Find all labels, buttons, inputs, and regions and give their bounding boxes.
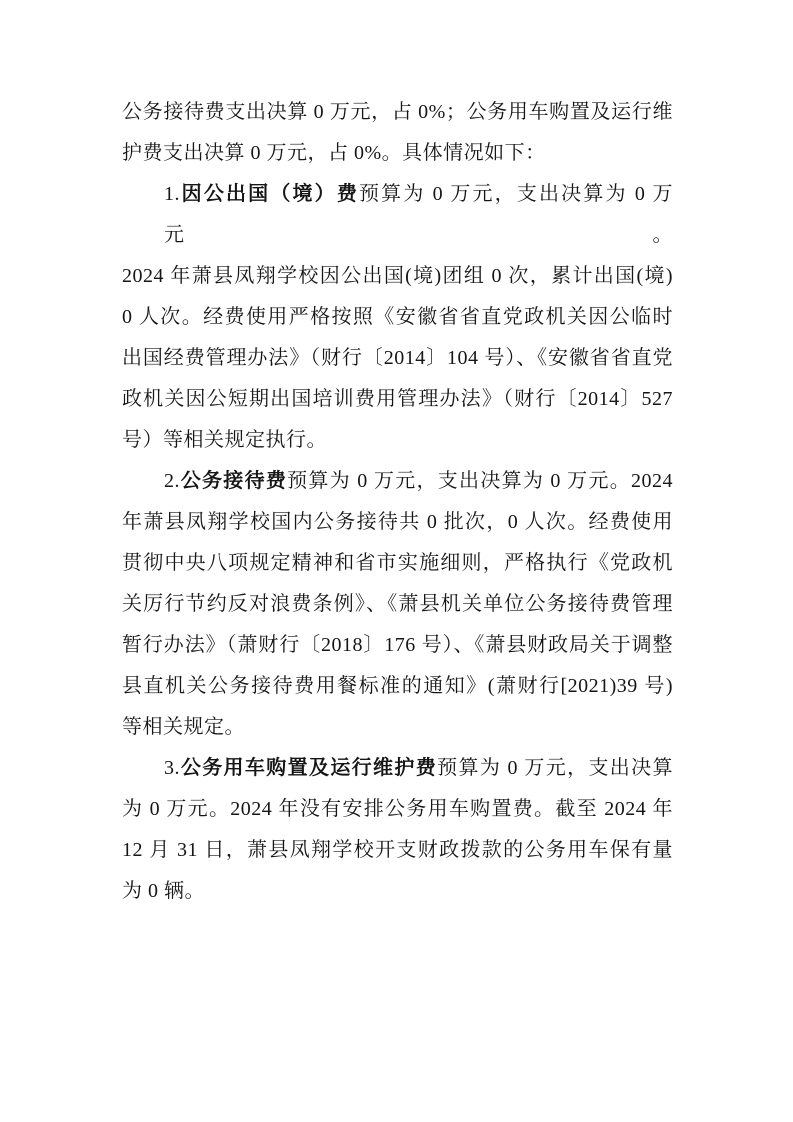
text-run: 预算为 0 万元，支出决算为 0 万元。2024 (287, 470, 673, 492)
bold-text-run: 公务接待费 (180, 470, 287, 492)
text-line: 1.因公出国（境）费预算为 0 万元，支出决算为 0 万元。 (122, 174, 673, 256)
document-body: 公务接待费支出决算 0 万元，占 0%；公务用车购置及运行维护费支出决算 0 万… (122, 92, 673, 912)
text-run: 政机关因公短期出国培训费用管理办法》（财行〔2014〕527 (122, 388, 673, 410)
text-line: 0 人次。经费使用严格按照《安徽省省直党政机关因公临时 (122, 297, 673, 338)
text-run: 12 月 31 日，萧县凤翔学校开支财政拨款的公务用车保有量 (122, 839, 673, 861)
text-line: 为 0 万元。2024 年没有安排公务用车购置费。截至 2024 年 (122, 789, 673, 830)
text-run: 出国经费管理办法》（财行〔2014〕104 号）、《安徽省省直党 (122, 347, 673, 369)
text-line: 出国经费管理办法》（财行〔2014〕104 号）、《安徽省省直党 (122, 338, 673, 379)
text-line: 年萧县凤翔学校国内公务接待共 0 批次，0 人次。经费使用 (122, 502, 673, 543)
text-line: 3.公务用车购置及运行维护费预算为 0 万元，支出决算 (122, 748, 673, 789)
text-line: 暂行办法》（萧财行〔2018〕176 号）、《萧县财政局关于调整 (122, 625, 673, 666)
text-run: 公务接待费支出决算 0 万元，占 0%；公务用车购置及运行维 (122, 101, 673, 123)
text-run: 3. (164, 757, 180, 779)
text-line: 2024 年萧县凤翔学校因公出国(境)团组 0 次，累计出国(境) (122, 256, 673, 297)
bold-text-run: 因公出国（境）费 (180, 183, 359, 205)
text-line: 2.公务接待费预算为 0 万元，支出决算为 0 万元。2024 (122, 461, 673, 502)
text-run: 年萧县凤翔学校国内公务接待共 0 批次，0 人次。经费使用 (122, 511, 673, 533)
text-line: 县直机关公务接待费用餐标准的通知》(萧财行[2021)39 号) (122, 666, 673, 707)
text-run: 号）等相关规定执行。 (122, 429, 327, 451)
text-line: 号）等相关规定执行。 (122, 420, 673, 461)
text-run: 2. (164, 470, 180, 492)
text-run: 1. (164, 183, 180, 205)
text-run: 预算为 0 万元，支出决算 (437, 757, 673, 779)
text-run: 护费支出决算 0 万元，占 0%。具体情况如下： (122, 142, 546, 164)
text-line: 护费支出决算 0 万元，占 0%。具体情况如下： (122, 133, 673, 174)
text-run: 暂行办法》（萧财行〔2018〕176 号）、《萧县财政局关于调整 (122, 634, 673, 656)
text-line: 为 0 辆。 (122, 871, 673, 912)
text-run: 0 人次。经费使用严格按照《安徽省省直党政机关因公临时 (122, 306, 673, 328)
text-run: 贯彻中央八项规定精神和省市实施细则，严格执行《党政机 (122, 552, 673, 574)
text-run: 为 0 辆。 (122, 880, 205, 902)
text-line: 政机关因公短期出国培训费用管理办法》（财行〔2014〕527 (122, 379, 673, 420)
text-line: 贯彻中央八项规定精神和省市实施细则，严格执行《党政机 (122, 543, 673, 584)
text-run: 关厉行节约反对浪费条例》、《萧县机关单位公务接待费管理 (122, 593, 673, 615)
text-run: 县直机关公务接待费用餐标准的通知》(萧财行[2021)39 号) (122, 675, 673, 697)
text-line: 公务接待费支出决算 0 万元，占 0%；公务用车购置及运行维 (122, 92, 673, 133)
text-run: 为 0 万元。2024 年没有安排公务用车购置费。截至 2024 年 (122, 798, 673, 820)
text-line: 关厉行节约反对浪费条例》、《萧县机关单位公务接待费管理 (122, 584, 673, 625)
text-run: 等相关规定。 (122, 716, 245, 738)
document-page: 公务接待费支出决算 0 万元，占 0%；公务用车购置及运行维护费支出决算 0 万… (0, 0, 793, 1122)
text-run: 2024 年萧县凤翔学校因公出国(境)团组 0 次，累计出国(境) (122, 265, 673, 287)
text-line: 等相关规定。 (122, 707, 673, 748)
text-line: 12 月 31 日，萧县凤翔学校开支财政拨款的公务用车保有量 (122, 830, 673, 871)
bold-text-run: 公务用车购置及运行维护费 (180, 757, 437, 779)
